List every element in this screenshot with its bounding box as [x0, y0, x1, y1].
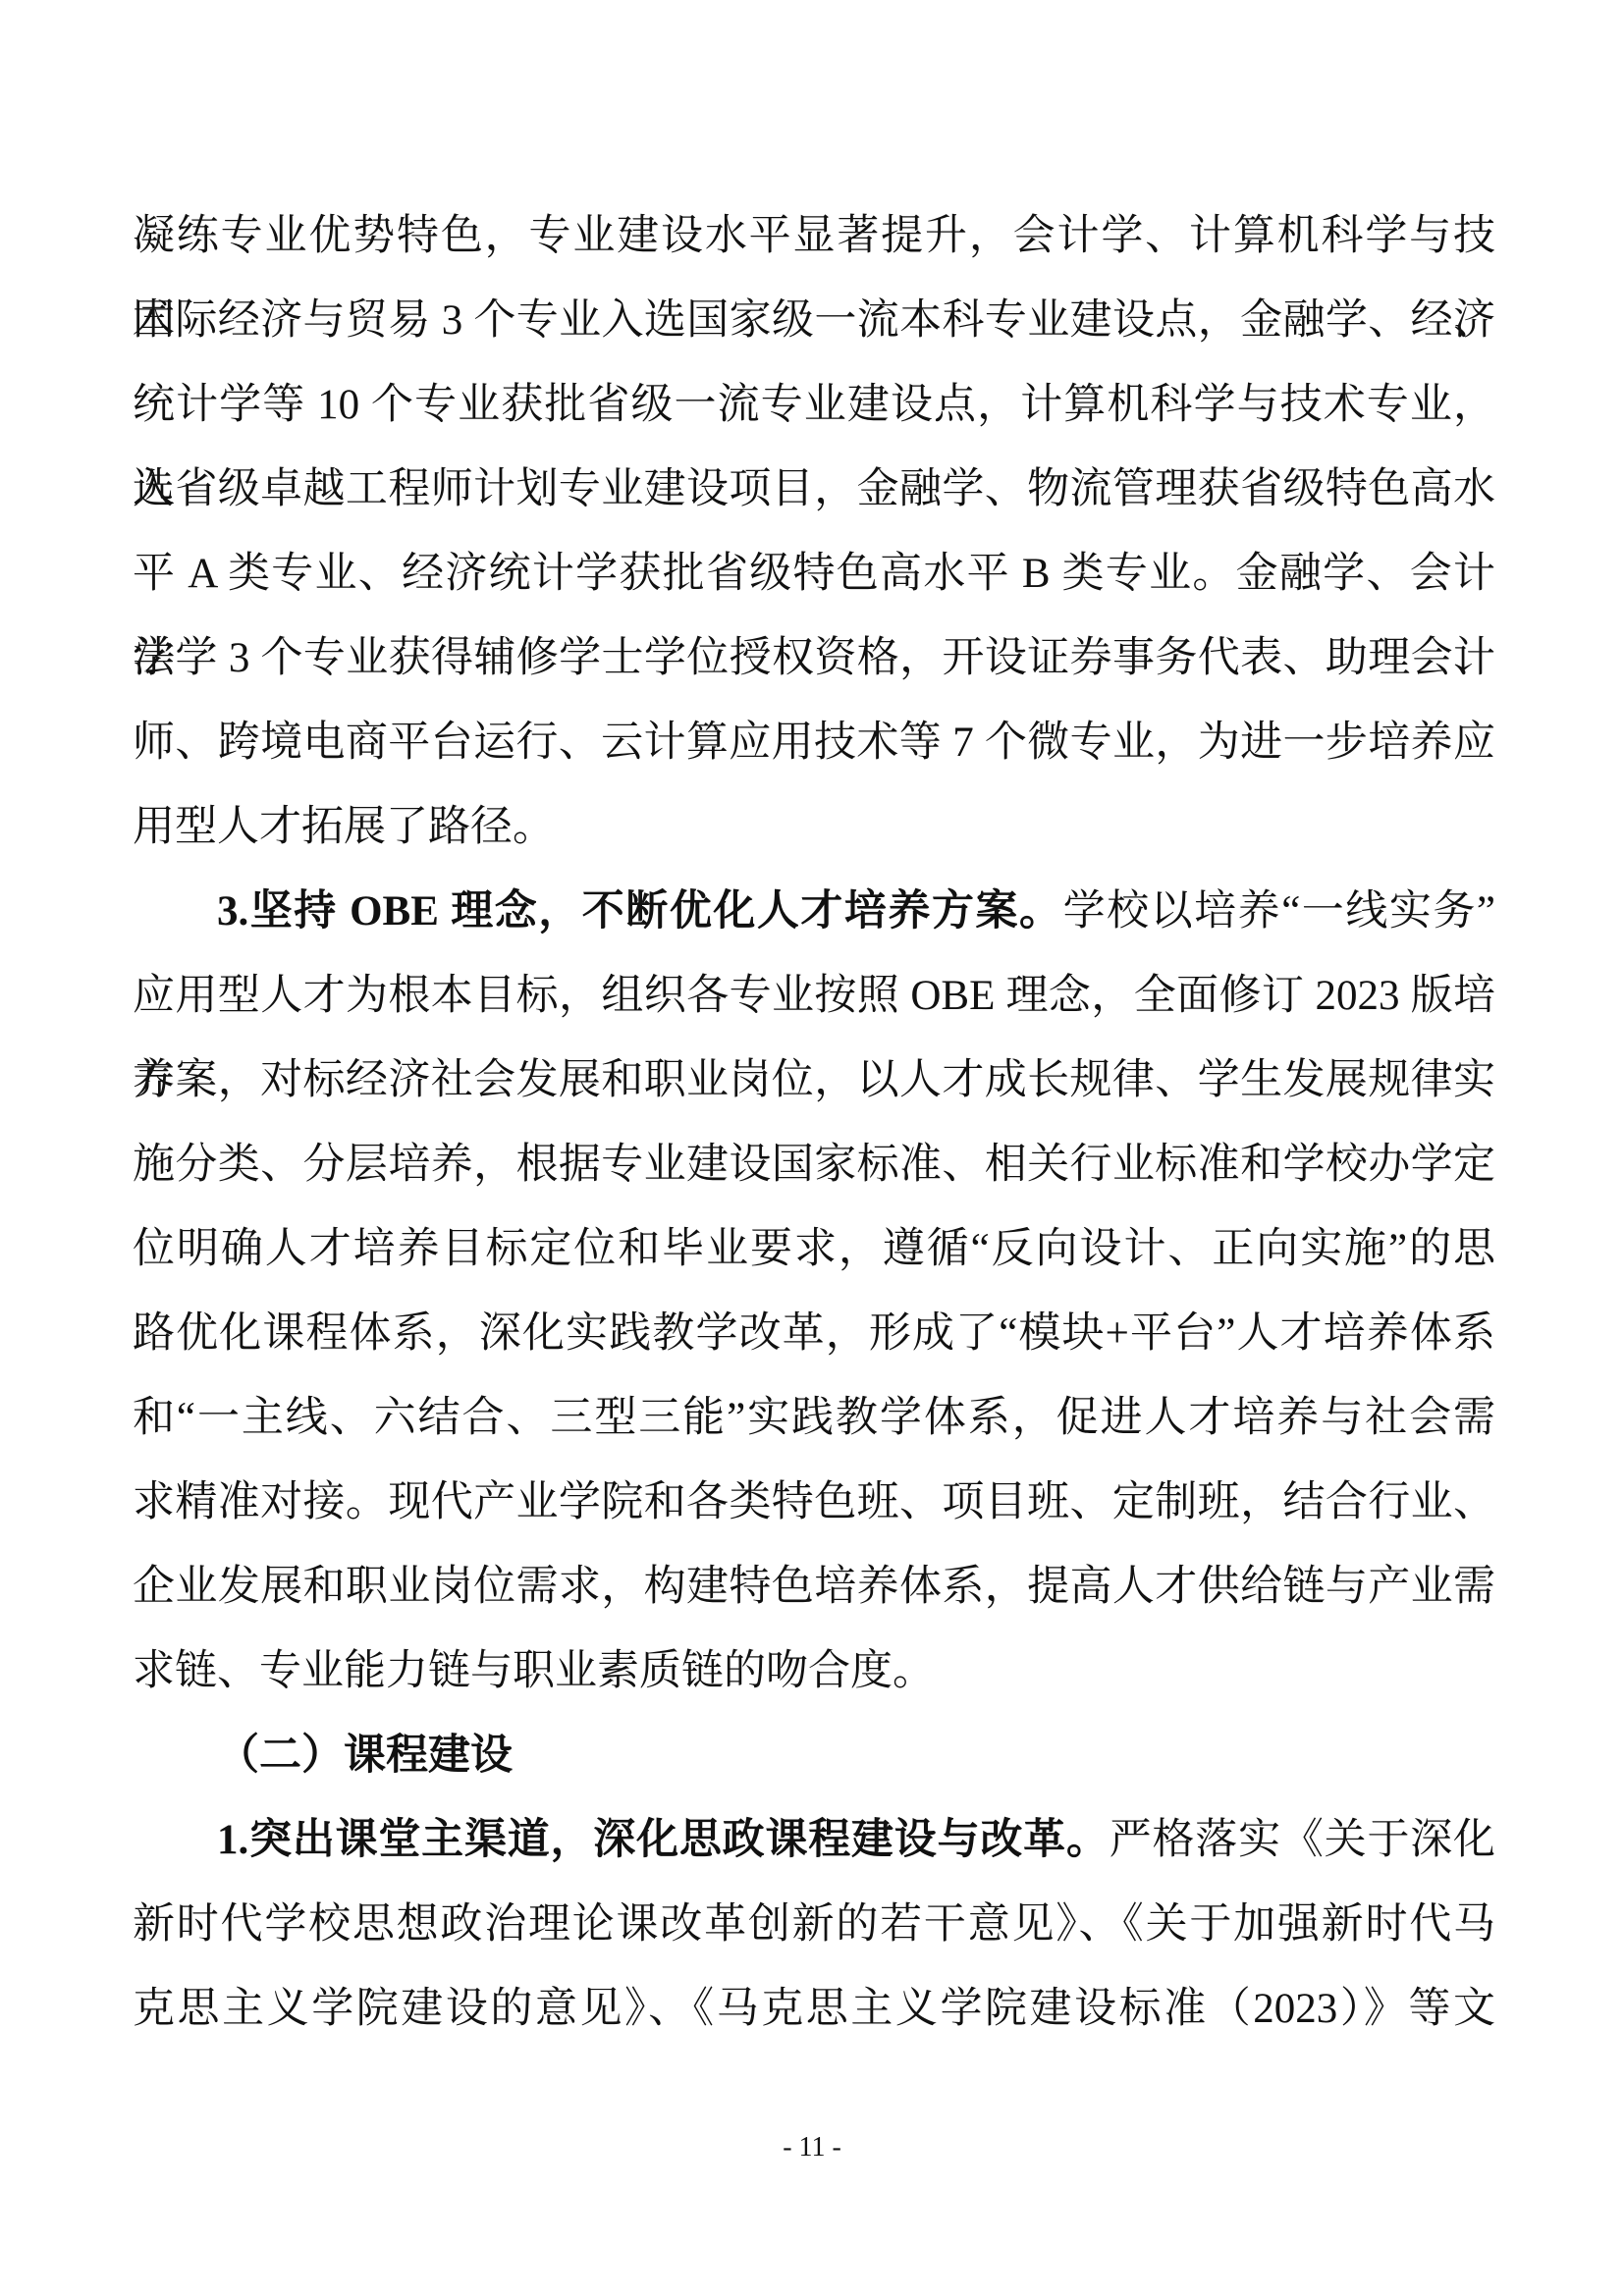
body-text: 施分类、分层培养，根据专业建设国家标准、相关行业标准和学校办学定 [133, 1142, 1495, 1188]
text-line: 国际经济与贸易 3 个专业入选国家级一流本科专业建设点，金融学、经济 [133, 279, 1495, 363]
body-text: 新时代学校思想政治理论课改革创新的若干意见》、《关于加强新时代马 [133, 1901, 1495, 1948]
text-line: 新时代学校思想政治理论课改革创新的若干意见》、《关于加强新时代马 [133, 1883, 1495, 1967]
text-line: 法学 3 个专业获得辅修学士学位授权资格，开设证券事务代表、助理会计 [133, 616, 1495, 701]
emphasis-text: （二）课程建设 [217, 1733, 513, 1779]
text-line: 路优化课程体系，深化实践教学改革，形成了“模块+平台”人才培养体系 [133, 1292, 1495, 1376]
body-text: 企业发展和职业岗位需求，构建特色培养体系，提高人才供给链与产业需 [133, 1564, 1495, 1610]
text-line: 1.突出课堂主渠道，深化思政课程建设与改革。严格落实《关于深化 [133, 1798, 1495, 1883]
text-line: 求链、专业能力链与职业素质链的吻合度。 [133, 1629, 1495, 1714]
text-line: 企业发展和职业岗位需求，构建特色培养体系，提高人才供给链与产业需 [133, 1545, 1495, 1629]
body-text: 选省级卓越工程师计划专业建设项目，金融学、物流管理获省级特色高水 [133, 466, 1495, 512]
document-page: 凝练专业优势特色，专业建设水平显著提升，会计学、计算机科学与技术、国际经济与贸易… [0, 0, 1624, 2296]
page-number: - 11 - [0, 2128, 1624, 2167]
body-text: 路优化课程体系，深化实践教学改革，形成了“模块+平台”人才培养体系 [133, 1310, 1495, 1357]
text-line: 用型人才拓展了路径。 [133, 785, 1495, 870]
text-line: 师、跨境电商平台运行、云计算应用技术等 7 个微专业，为进一步培养应 [133, 701, 1495, 785]
body-text: 师、跨境电商平台运行、云计算应用技术等 7 个微专业，为进一步培养应 [133, 720, 1495, 766]
body-text: 克思主义学院建设的意见》、《马克思主义学院建设标准（2023）》等文 [133, 1986, 1495, 2032]
text-line: 3.坚持 OBE 理念，不断优化人才培养方案。学校以培养“一线实务” [133, 870, 1495, 954]
text-line: 求精准对接。现代产业学院和各类特色班、项目班、定制班，结合行业、 [133, 1461, 1495, 1545]
body-text: 求精准对接。现代产业学院和各类特色班、项目班、定制班，结合行业、 [133, 1479, 1495, 1525]
text-line: 应用型人才为根本目标，组织各专业按照 OBE 理念，全面修订 2023 版培养 [133, 954, 1495, 1039]
text-line: 位明确人才培养目标定位和毕业要求，遵循“反向设计、正向实施”的思 [133, 1207, 1495, 1292]
body-text: 法学 3 个专业获得辅修学士学位授权资格，开设证券事务代表、助理会计 [133, 635, 1495, 681]
text-line: 施分类、分层培养，根据专业建设国家标准、相关行业标准和学校办学定 [133, 1123, 1495, 1207]
text-line: 和“一主线、六结合、三型三能”实践教学体系，促进人才培养与社会需 [133, 1376, 1495, 1461]
text-line: 克思主义学院建设的意见》、《马克思主义学院建设标准（2023）》等文 [133, 1967, 1495, 2052]
body-text: 用型人才拓展了路径。 [133, 804, 555, 850]
document-body: 凝练专业优势特色，专业建设水平显著提升，会计学、计算机科学与技术、国际经济与贸易… [133, 194, 1495, 2052]
text-line: 选省级卓越工程师计划专业建设项目，金融学、物流管理获省级特色高水 [133, 448, 1495, 532]
body-text: 严格落实《关于深化 [1110, 1817, 1495, 1863]
body-text: 国际经济与贸易 3 个专业入选国家级一流本科专业建设点，金融学、经济 [133, 297, 1495, 344]
text-line: 方案，对标经济社会发展和职业岗位，以人才成长规律、学生发展规律实 [133, 1039, 1495, 1123]
body-text: 学校以培养“一线实务” [1063, 888, 1495, 934]
text-line: 统计学等 10 个专业获批省级一流专业建设点，计算机科学与技术专业，入 [133, 363, 1495, 448]
emphasis-text: 3.坚持 OBE 理念，不断优化人才培养方案。 [217, 888, 1063, 934]
text-line: （二）课程建设 [133, 1714, 1495, 1798]
body-text: 求链、专业能力链与职业素质链的吻合度。 [133, 1648, 935, 1694]
body-text: 和“一主线、六结合、三型三能”实践教学体系，促进人才培养与社会需 [133, 1395, 1495, 1441]
text-line: 凝练专业优势特色，专业建设水平显著提升，会计学、计算机科学与技术、 [133, 194, 1495, 279]
text-line: 平 A 类专业、经济统计学获批省级特色高水平 B 类专业。金融学、会计学、 [133, 532, 1495, 616]
emphasis-text: 1.突出课堂主渠道，深化思政课程建设与改革。 [217, 1817, 1110, 1863]
body-text: 位明确人才培养目标定位和毕业要求，遵循“反向设计、正向实施”的思 [133, 1226, 1495, 1272]
body-text: 方案，对标经济社会发展和职业岗位，以人才成长规律、学生发展规律实 [133, 1057, 1495, 1103]
